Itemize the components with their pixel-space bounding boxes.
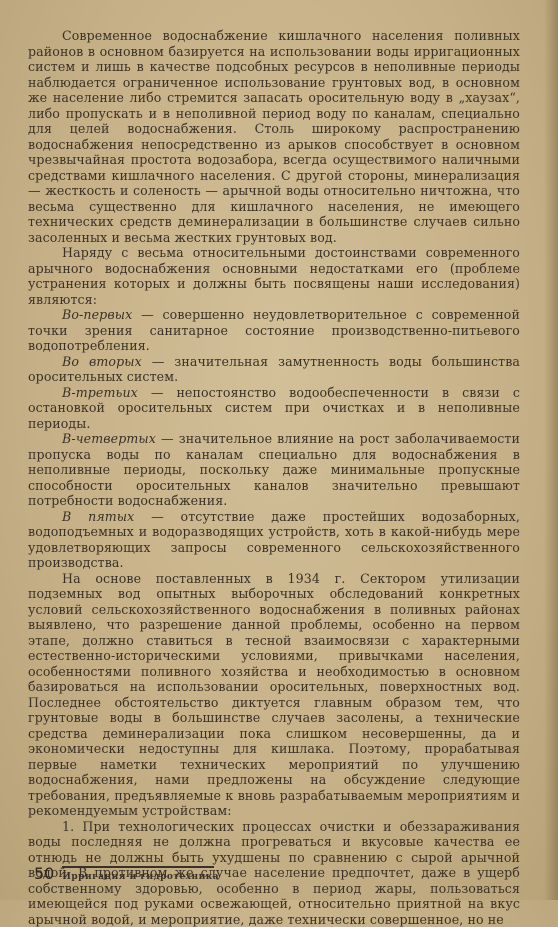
paragraph-survey: На основе поставленных в 1934 г. Секторо… — [28, 571, 520, 819]
paragraph-fifth: В пятых — отсутствие даже простейших вод… — [28, 509, 520, 571]
paragraph-fourth: В-четвертых — значительное влияние на ро… — [28, 431, 520, 509]
enumeration-lead: Во-первых — [62, 307, 132, 322]
paragraph-text: Современное водоснабжение кишлачного нас… — [28, 28, 520, 245]
book-page: Современное водоснабжение кишлачного нас… — [0, 0, 558, 900]
page-number: 50 — [34, 866, 54, 882]
page-footer: 50 Ирригация и гидротехника — [34, 866, 219, 882]
paragraph-text: Наряду с весьма относительными достоинст… — [28, 245, 520, 307]
journal-running-title: Ирригация и гидротехника — [62, 866, 219, 882]
body-text: Современное водоснабжение кишлачного нас… — [28, 28, 520, 900]
enumeration-lead: В-четвертых — [62, 431, 156, 446]
paragraph-intro: Современное водоснабжение кишлачного нас… — [28, 28, 520, 245]
paragraph-text: На основе поставленных в 1934 г. Секторо… — [28, 571, 520, 819]
paragraph-third: В-третьих — непостоянство водообеспеченн… — [28, 385, 520, 432]
footer-rule — [62, 866, 214, 868]
paragraph-text: 1. При технологических процессах очистки… — [28, 819, 520, 901]
enumeration-lead: В пятых — [62, 509, 134, 524]
journal-title: Ирригация и гидротехника — [62, 872, 219, 882]
paragraph-first: Во-первых — совершенно неудовлетворитель… — [28, 307, 520, 354]
paragraph-requirement-1: 1. При технологических процессах очистки… — [28, 819, 520, 901]
page-edge-shadow — [544, 0, 558, 900]
paragraph-drawbacks-intro: Наряду с весьма относительными достоинст… — [28, 245, 520, 307]
enumeration-lead: Во вторых — [62, 354, 142, 369]
paragraph-second: Во вторых — значительная замутненность в… — [28, 354, 520, 385]
enumeration-lead: В-третьих — [62, 385, 138, 400]
